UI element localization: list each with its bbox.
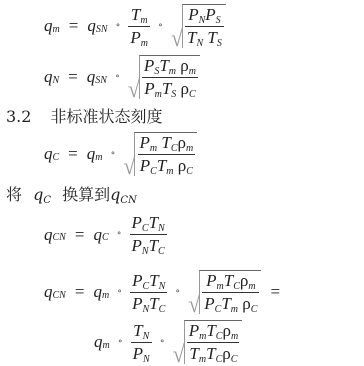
square-root: √ Pm TCρm PCTm ρC xyxy=(123,132,197,176)
sub: m xyxy=(150,143,157,154)
section-title: 非标准状态刻度 xyxy=(51,107,163,126)
var: T xyxy=(149,271,158,290)
equation-5: qCN = qm ∘ PCTN PNTC ∘ √ PmTCρm PCTm ρC … xyxy=(44,270,289,314)
sub: C xyxy=(142,281,149,292)
sub: m xyxy=(189,66,196,77)
sub: N xyxy=(53,75,60,86)
equation-1: qm = qSN ∘ Tm Pm ∘ √ PNPS TN TS xyxy=(44,4,226,48)
multiply-dot: ∘ xyxy=(160,336,165,347)
equation-2: qN = qSN ∘ √ PSTm ρm PmTS ρC xyxy=(44,55,200,99)
var: T xyxy=(221,294,230,313)
var-q: q xyxy=(93,225,102,245)
var: P xyxy=(130,28,140,47)
radical-icon: √ xyxy=(171,2,183,50)
var-q: q xyxy=(33,185,43,204)
fraction: PmTCρm PCTm ρC xyxy=(202,271,259,314)
sub: N xyxy=(196,38,203,49)
var: P xyxy=(132,294,142,313)
var-q: q xyxy=(93,282,102,302)
sub: m xyxy=(102,290,109,301)
var-rho: ρ xyxy=(222,321,230,340)
var-rho: ρ xyxy=(178,156,186,175)
fraction: Tm Pm xyxy=(128,5,150,48)
sub: C xyxy=(53,152,60,163)
sub: C xyxy=(216,354,223,365)
equals-sign: = xyxy=(270,282,280,302)
fraction: PmTCρm TmTCρC xyxy=(187,321,240,364)
radical-icon: √ xyxy=(173,318,185,366)
sub: C xyxy=(142,223,149,234)
var: P xyxy=(204,294,214,313)
sub: CN xyxy=(120,195,136,206)
multiply-dot: ∘ xyxy=(117,228,122,239)
multiply-dot: ∘ xyxy=(158,20,163,31)
fraction: TN PN xyxy=(131,321,152,364)
equation-3: qC = qm ∘ √ Pm TCρm PCTm ρC xyxy=(44,132,197,176)
equals-sign: = xyxy=(75,282,85,302)
sub: m xyxy=(155,89,162,100)
square-root: √ PNPS TN TS xyxy=(171,4,226,48)
var-q: q xyxy=(44,225,53,245)
var: P xyxy=(144,79,154,98)
sub: m xyxy=(53,24,60,35)
sub: C xyxy=(186,166,193,177)
sub: S xyxy=(154,66,159,77)
sub: C xyxy=(215,304,222,315)
sub: C xyxy=(189,89,196,100)
multiply-dot: ∘ xyxy=(111,148,116,159)
equation-6: qm ∘ TN PN ∘ √ PmTCρm TmTCρC xyxy=(94,320,242,364)
sub: SN xyxy=(95,75,107,86)
sub: C xyxy=(150,166,157,177)
var: P xyxy=(132,236,142,255)
var: T xyxy=(159,56,168,75)
var-rho: ρ xyxy=(180,56,188,75)
sub: N xyxy=(142,304,149,315)
var: T xyxy=(133,321,142,340)
text-middle: 换算到 xyxy=(62,185,110,204)
var-q: q xyxy=(44,16,53,36)
multiply-dot: ∘ xyxy=(175,286,180,297)
sub: C xyxy=(102,232,109,243)
var: T xyxy=(206,321,215,340)
square-root: √ PmTCρm PCTm ρC xyxy=(188,270,261,314)
var-q: q xyxy=(110,185,120,204)
sub: S xyxy=(216,15,221,26)
var: P xyxy=(144,56,154,75)
multiply-dot: ∘ xyxy=(116,20,121,31)
sub: m xyxy=(103,340,110,351)
var: T xyxy=(161,133,170,152)
var-rho: ρ xyxy=(181,79,189,98)
var: T xyxy=(206,344,215,363)
sub: N xyxy=(143,331,150,342)
sub: m xyxy=(95,152,102,163)
sub: S xyxy=(171,89,176,100)
text-prefix: 将 xyxy=(6,185,22,204)
var: T xyxy=(149,236,158,255)
multiply-dot: ∘ xyxy=(117,286,122,297)
sub: C xyxy=(231,354,238,365)
var-rho: ρ xyxy=(178,133,186,152)
multiply-dot: ∘ xyxy=(115,71,120,82)
radical-icon: √ xyxy=(123,130,135,178)
sub: N xyxy=(158,223,165,234)
var: T xyxy=(224,271,233,290)
var: T xyxy=(131,5,140,24)
sub: C xyxy=(158,246,165,257)
sub: C xyxy=(233,281,240,292)
section-number: 3.2 xyxy=(6,107,31,126)
multiply-dot: ∘ xyxy=(118,336,123,347)
sub: CN xyxy=(53,232,66,243)
var: T xyxy=(149,294,158,313)
fraction: PCTN PNTC xyxy=(130,271,167,314)
sub: m xyxy=(186,143,193,154)
sub: m xyxy=(199,331,206,342)
var: T xyxy=(157,156,166,175)
var: T xyxy=(162,79,171,98)
var: T xyxy=(207,28,216,47)
sub: m xyxy=(217,281,224,292)
sub: N xyxy=(143,354,150,365)
var: P xyxy=(132,213,142,232)
sub: m xyxy=(169,66,176,77)
sub: N xyxy=(142,246,149,257)
sub: m xyxy=(141,38,148,49)
var-q: q xyxy=(87,16,96,36)
var: T xyxy=(149,213,158,232)
fraction: PCTN PNTC xyxy=(130,213,167,256)
var: P xyxy=(205,5,215,24)
var-q: q xyxy=(44,144,53,164)
sub: m xyxy=(248,281,255,292)
equals-sign: = xyxy=(68,67,78,87)
sub: N xyxy=(159,281,166,292)
fraction: PSTm ρm PmTS ρC xyxy=(142,56,198,99)
fraction: PNPS TN TS xyxy=(185,5,224,48)
var-q: q xyxy=(44,282,53,302)
square-root: √ PmTCρm TmTCρC xyxy=(173,320,243,364)
sub: SN xyxy=(96,24,108,35)
var: P xyxy=(188,5,198,24)
sub: C xyxy=(171,143,178,154)
var: T xyxy=(189,344,198,363)
conversion-line: 将 qC 换算到qCN xyxy=(6,182,137,205)
sub: C xyxy=(159,304,166,315)
var-q: q xyxy=(87,144,96,164)
var-q: q xyxy=(44,67,53,87)
var: P xyxy=(133,344,143,363)
square-root: √ PSTm ρm PmTS ρC xyxy=(128,55,200,99)
sub: m xyxy=(231,331,238,342)
sub: m xyxy=(231,304,238,315)
equals-sign: = xyxy=(68,144,78,164)
radical-icon: √ xyxy=(188,268,200,316)
section-heading: 3.2 非标准状态刻度 xyxy=(6,104,163,127)
var-rho: ρ xyxy=(222,344,230,363)
var: P xyxy=(189,321,199,340)
equation-4: qCN = qC ∘ PCTN PNTC xyxy=(44,213,167,256)
radical-icon: √ xyxy=(128,53,140,101)
sub: C xyxy=(43,195,51,206)
sub: m xyxy=(140,15,147,26)
sub: S xyxy=(217,38,222,49)
var: P xyxy=(139,133,149,152)
sub: N xyxy=(199,15,206,26)
fraction: Pm TCρm PCTm ρC xyxy=(137,133,195,176)
equals-sign: = xyxy=(69,16,79,36)
var: P xyxy=(206,271,216,290)
equals-sign: = xyxy=(75,225,85,245)
var-q: q xyxy=(87,67,96,87)
var-rho: ρ xyxy=(242,294,250,313)
sub: C xyxy=(251,304,258,315)
sub: m xyxy=(166,166,173,177)
sub: CN xyxy=(53,290,66,301)
var: P xyxy=(140,156,150,175)
var-q: q xyxy=(94,332,103,352)
sub: m xyxy=(199,354,206,365)
var: P xyxy=(132,271,142,290)
sub: C xyxy=(216,331,223,342)
